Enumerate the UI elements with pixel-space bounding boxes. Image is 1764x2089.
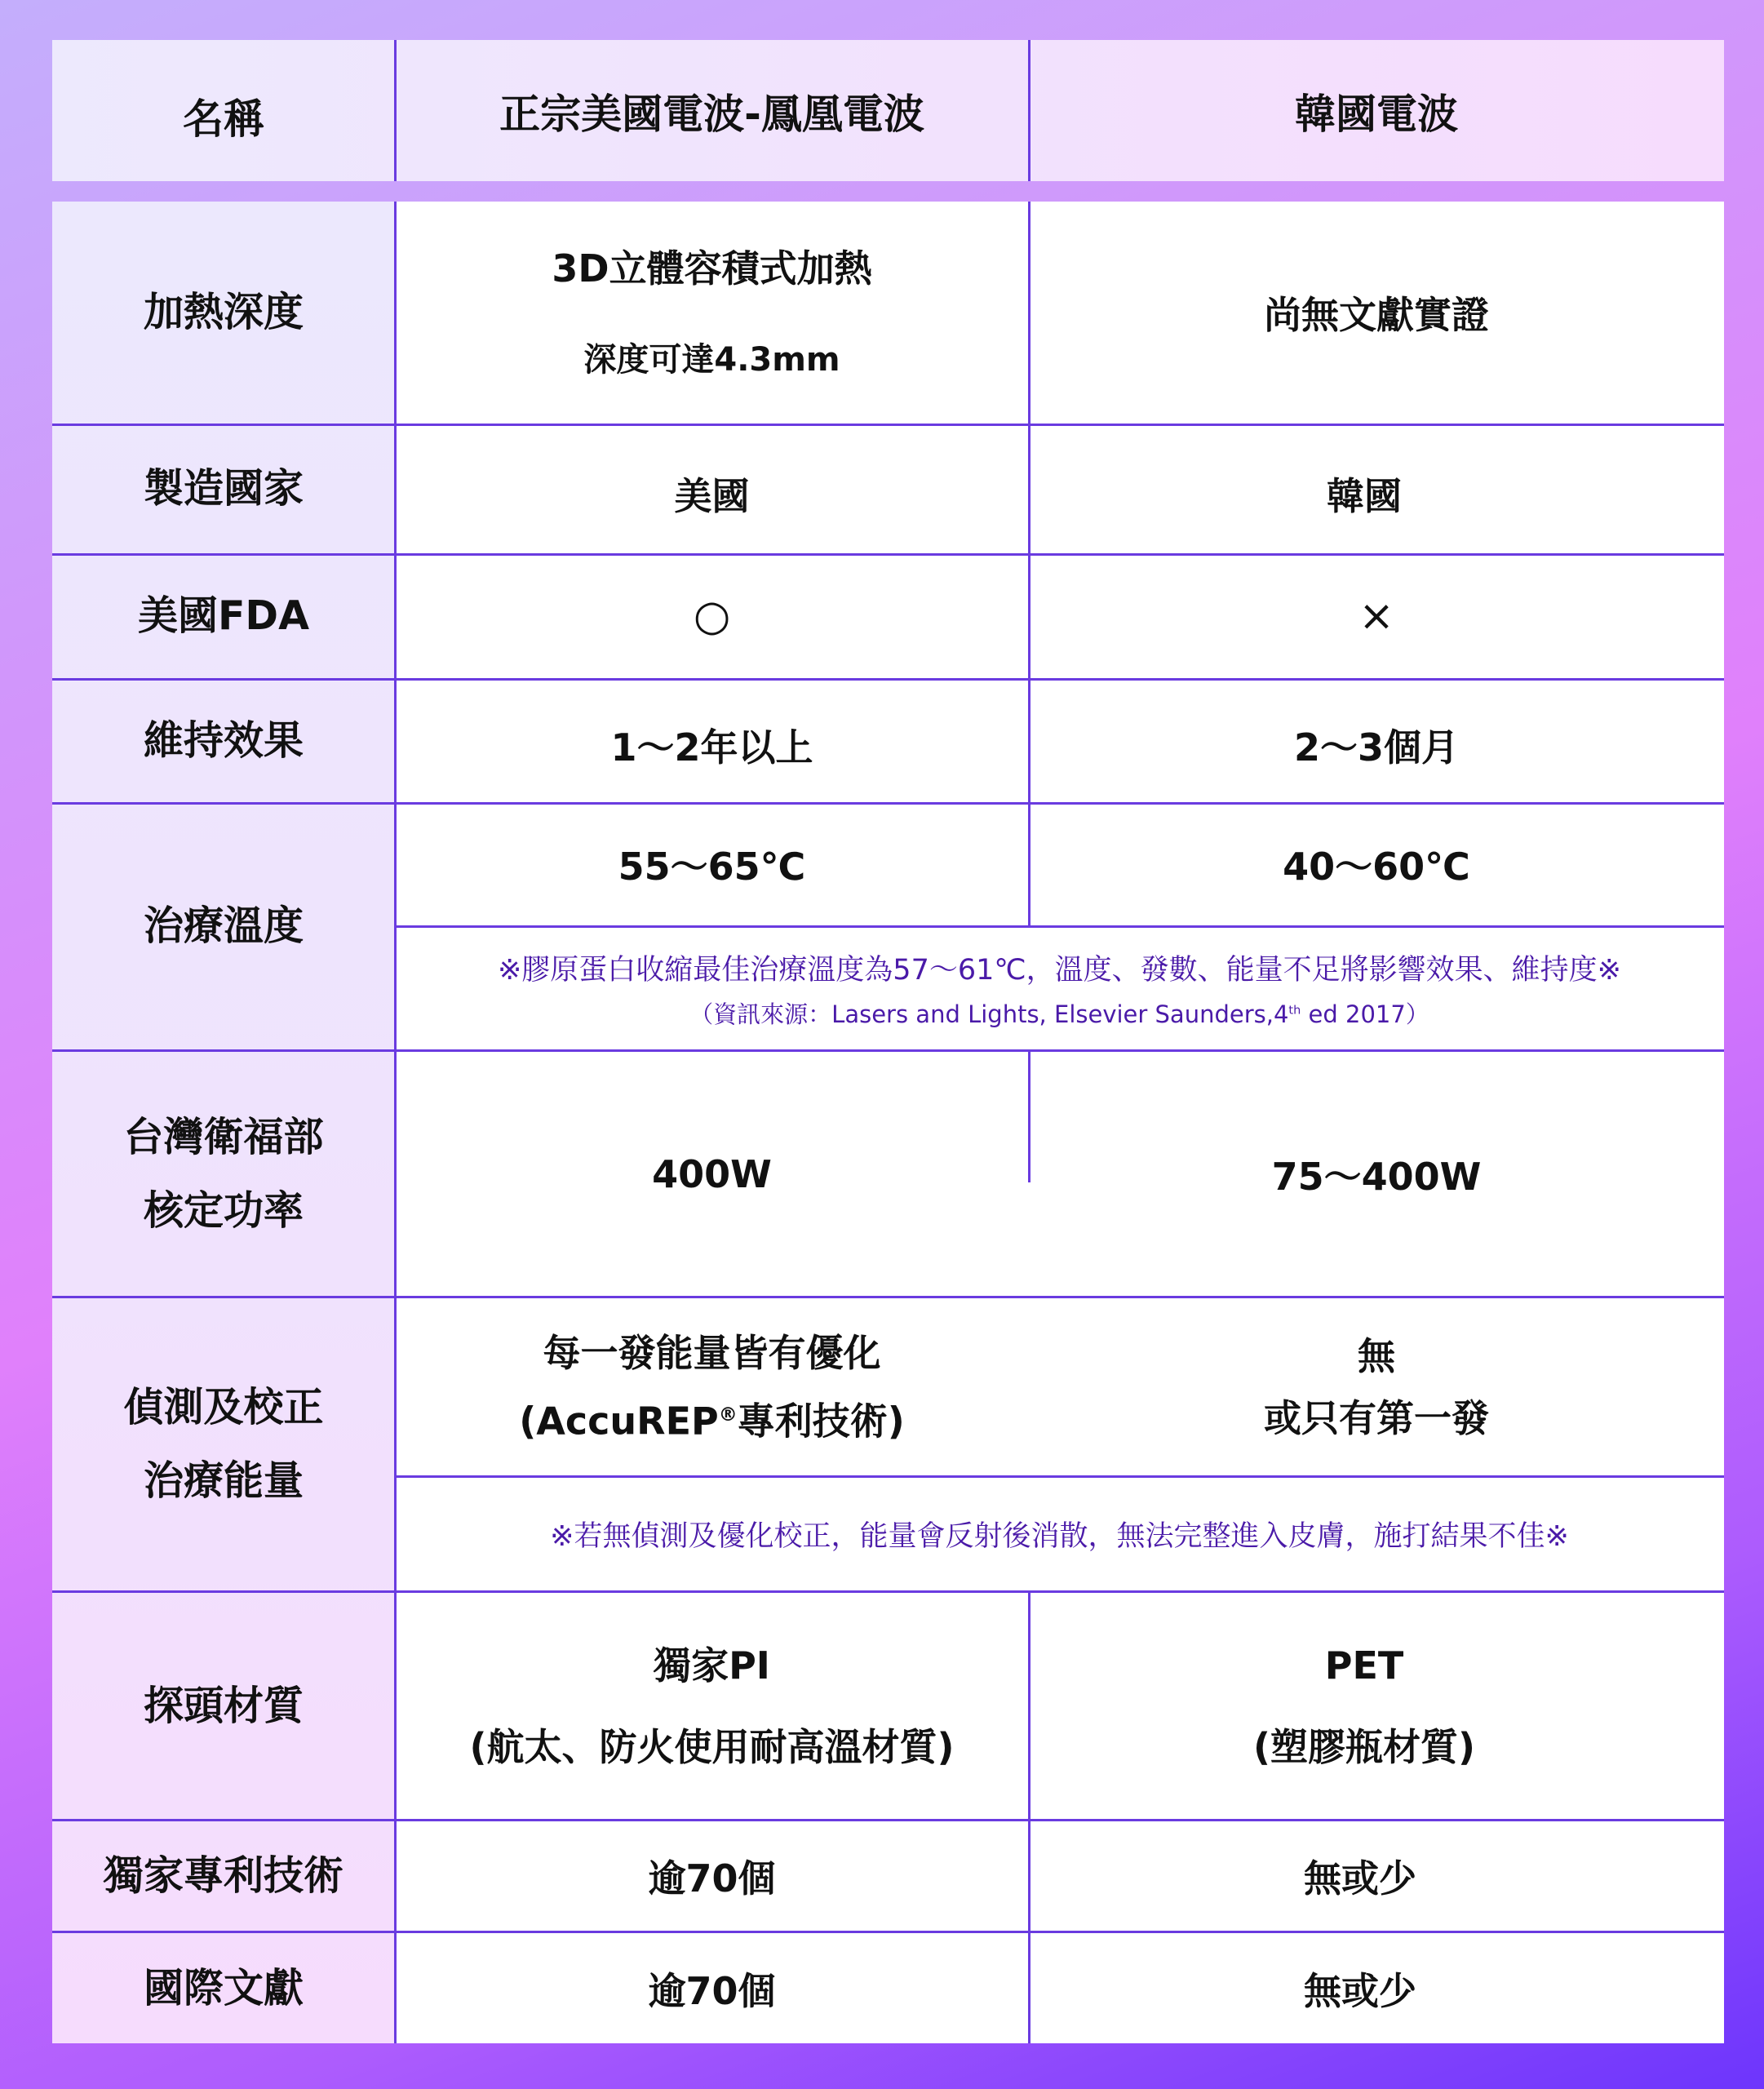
cell-text: (AccuREP®專利技術) bbox=[519, 1384, 905, 1452]
cell-text: 75～400W bbox=[1272, 1147, 1482, 1201]
cell-probe-material-a: 獨家PI (航太、防火使用耐高溫材質) bbox=[395, 1593, 1029, 1819]
cell-text: 無 bbox=[1358, 1325, 1395, 1387]
cell-literature-b: 無或少 bbox=[1029, 1933, 1724, 2043]
cell-text: 尚無文獻實證 bbox=[1264, 286, 1489, 339]
row-label-patents: 獨家專利技術 bbox=[52, 1821, 395, 1931]
cell-temperature-a: 55～65℃ bbox=[395, 803, 1029, 925]
cell-text: 逾70個 bbox=[648, 1849, 775, 1903]
row-label-power: 台灣衛福部 核定功率 bbox=[52, 1052, 395, 1296]
cell-text: 無或少 bbox=[1304, 1849, 1416, 1903]
header-row: 名稱 正宗美國電波-鳳凰電波 韓國電波 bbox=[52, 40, 1724, 181]
row-label-text: 治療溫度 bbox=[144, 889, 304, 963]
energy-note-cell: ※若無偵測及優化校正，能量會反射後消散，無法完整進入皮膚，施打結果不佳※ bbox=[395, 1478, 1724, 1590]
header-col-b: 韓國電波 bbox=[1029, 40, 1724, 181]
row-label-duration: 維持效果 bbox=[52, 679, 395, 802]
temperature-source: （資訊來源：Lasers and Lights, Elsevier Saunde… bbox=[689, 996, 1429, 1030]
row-label-text: 國際文獻 bbox=[144, 1952, 304, 2025]
temperature-note-cell: ※膠原蛋白收縮最佳治療溫度為57～61℃，溫度、發數、能量不足將影響效果、維持度… bbox=[395, 928, 1724, 1049]
cell-heating-depth-b: 尚無文獻實證 bbox=[1029, 202, 1724, 424]
cell-text: 3D立體容積式加熱 bbox=[552, 246, 871, 291]
cell-text: PET bbox=[1325, 1625, 1404, 1706]
cell-text: 或只有第一發 bbox=[1264, 1387, 1489, 1449]
cell-temperature-b: 40～60℃ bbox=[1029, 803, 1724, 925]
cell-energy-calibration-b: 無 或只有第一發 bbox=[1029, 1298, 1724, 1475]
row-label-origin: 製造國家 bbox=[52, 424, 395, 553]
cell-probe-material-b: PET (塑膠瓶材質) bbox=[1029, 1593, 1724, 1819]
header-col-a-title: 正宗美國電波-鳳凰電波 bbox=[499, 82, 924, 140]
energy-note: ※若無偵測及優化校正，能量會反射後消散，無法完整進入皮膚，施打結果不佳※ bbox=[550, 1514, 1569, 1555]
row-label-text: 治療能量 bbox=[144, 1444, 304, 1518]
circle-check-icon: ○ bbox=[694, 592, 730, 641]
cell-fda-a: ○ bbox=[395, 554, 1029, 678]
row-label-text: 探頭材質 bbox=[144, 1670, 304, 1743]
row-label-text: 製造國家 bbox=[144, 452, 304, 526]
cell-text: 逾70個 bbox=[648, 1962, 775, 2016]
temperature-note: ※膠原蛋白收縮最佳治療溫度為57～61℃，溫度、發數、能量不足將影響效果、維持度… bbox=[498, 947, 1621, 988]
row-label-probe-material: 探頭材質 bbox=[52, 1593, 395, 1819]
cell-text: 55～65℃ bbox=[618, 837, 806, 891]
cell-text: 韓國 bbox=[1327, 467, 1402, 521]
cell-text: 每一發能量皆有優化 bbox=[543, 1322, 881, 1384]
cell-text: 2～3個月 bbox=[1294, 718, 1459, 772]
cell-energy-calibration-a: 每一發能量皆有優化 (AccuREP®專利技術) bbox=[395, 1298, 1029, 1475]
cell-patents-a: 逾70個 bbox=[395, 1821, 1029, 1931]
header-col-a: 正宗美國電波-鳳凰電波 bbox=[395, 40, 1029, 181]
cell-duration-b: 2～3個月 bbox=[1029, 679, 1724, 802]
cell-text: 40～60℃ bbox=[1283, 837, 1470, 891]
cell-text: 1～2年以上 bbox=[610, 718, 813, 772]
cross-icon: × bbox=[1358, 592, 1394, 641]
cell-patents-b: 無或少 bbox=[1029, 1821, 1724, 1931]
comparison-table: 加熱深度 3D立體容積式加熱 深度可達4.3mm 尚無文獻實證 製造國家 美國 … bbox=[52, 202, 1724, 2043]
cell-duration-a: 1～2年以上 bbox=[395, 679, 1029, 802]
cell-text: (航太、防火使用耐高溫材質) bbox=[469, 1706, 954, 1788]
cell-text: 獨家PI bbox=[654, 1625, 770, 1706]
row-label-heating-depth: 加熱深度 bbox=[52, 202, 395, 424]
cell-text: 美國 bbox=[675, 467, 750, 521]
row-label-text: 加熱深度 bbox=[144, 276, 304, 349]
cell-text: (塑膠瓶材質) bbox=[1253, 1706, 1475, 1788]
row-label-text: 核定功率 bbox=[144, 1174, 304, 1248]
header-col-b-title: 韓國電波 bbox=[1295, 82, 1458, 140]
cell-fda-b: × bbox=[1029, 554, 1724, 678]
header-label-cell: 名稱 bbox=[52, 40, 395, 181]
cell-literature-a: 逾70個 bbox=[395, 1933, 1029, 2043]
row-label-text: 美國FDA bbox=[138, 579, 309, 653]
row-label-text: 獨家專利技術 bbox=[104, 1839, 343, 1913]
cell-text: 無或少 bbox=[1304, 1962, 1416, 2016]
cell-power-b: 75～400W bbox=[1029, 1052, 1724, 1296]
cell-origin-b: 韓國 bbox=[1029, 424, 1724, 553]
cell-text: 深度可達4.3mm bbox=[583, 334, 840, 380]
row-label-text: 偵測及校正 bbox=[123, 1371, 323, 1444]
cell-power-a: 400W bbox=[395, 1052, 1029, 1296]
header-label: 名稱 bbox=[183, 86, 264, 145]
row-label-text: 台灣衛福部 bbox=[123, 1101, 323, 1174]
row-label-energy-calibration: 偵測及校正 治療能量 bbox=[52, 1298, 395, 1590]
row-label-temperature: 治療溫度 bbox=[52, 803, 395, 1049]
row-label-text: 維持效果 bbox=[144, 704, 304, 778]
cell-text: 400W bbox=[652, 1152, 772, 1196]
row-label-literature: 國際文獻 bbox=[52, 1933, 395, 2043]
cell-heating-depth-a: 3D立體容積式加熱 深度可達4.3mm bbox=[395, 202, 1029, 424]
row-label-fda: 美國FDA bbox=[52, 554, 395, 678]
cell-origin-a: 美國 bbox=[395, 424, 1029, 553]
